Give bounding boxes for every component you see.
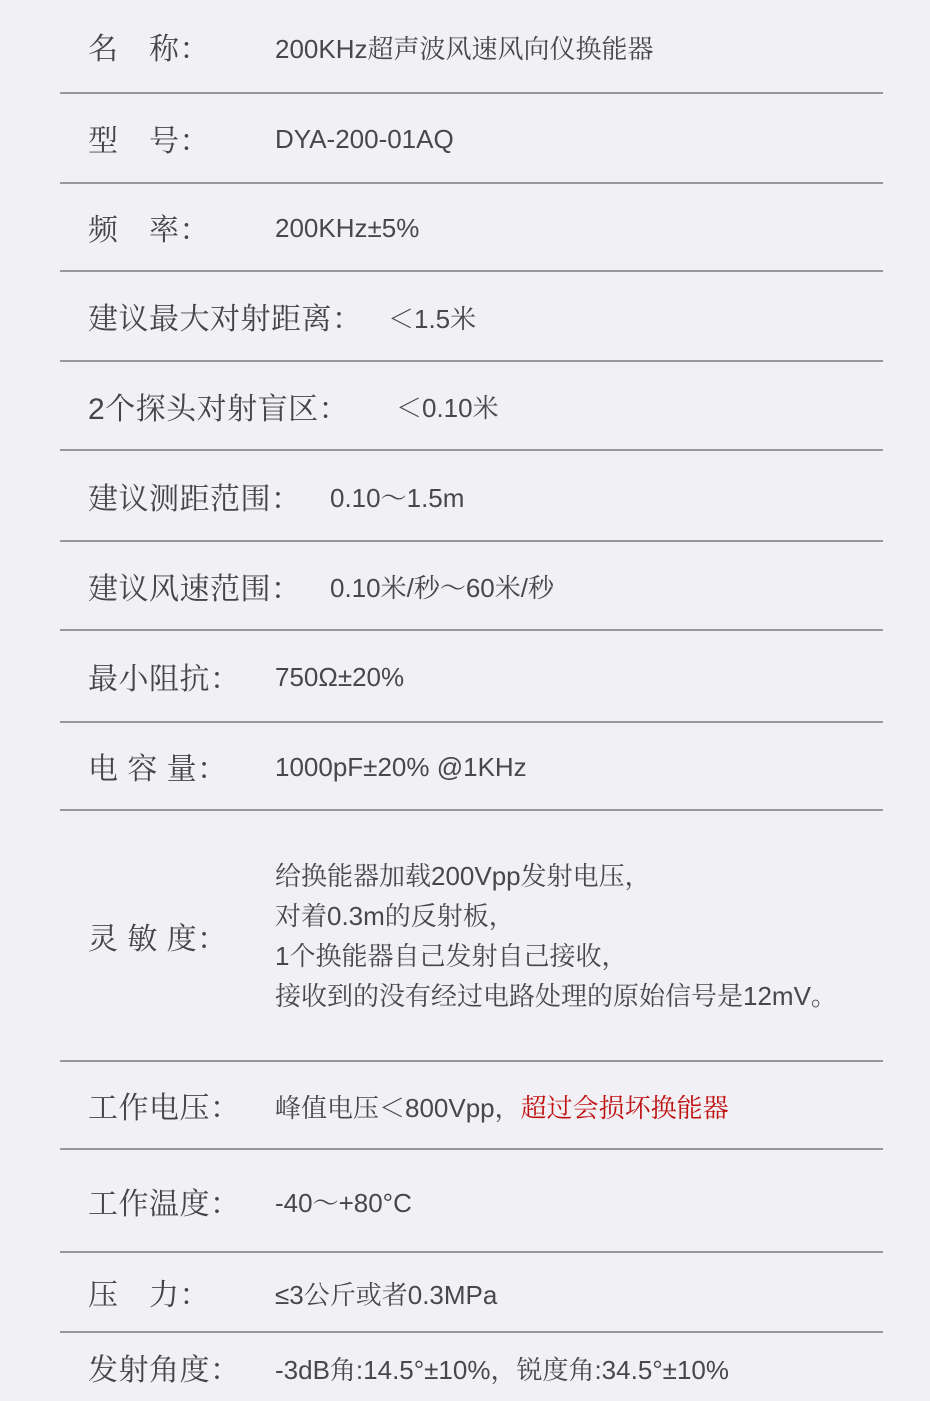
spec-table: 名 称：200KHz超声波风速风向仪换能器型 号：DYA-200-01AQ频 率… xyxy=(60,0,883,1401)
spec-label: 灵 敏 度： xyxy=(88,914,275,958)
spec-value: 200KHz±5% xyxy=(275,211,419,244)
spec-row: 灵 敏 度：给换能器加载200Vpp发射电压，对着0.3m的反射板，1个换能器自… xyxy=(60,811,883,1062)
spec-row: 建议最大对射距离：＜1.5米 xyxy=(60,272,883,362)
spec-value: 200KHz超声波风速风向仪换能器 xyxy=(275,27,654,66)
spec-value: -3dB角:14.5°±10%，锐度角:34.5°±10% xyxy=(275,1348,729,1387)
spec-label: 建议最大对射距离： xyxy=(88,294,388,338)
spec-value-text: 0.10～1.5m xyxy=(330,483,464,513)
spec-value: -40～+80°C xyxy=(275,1181,412,1220)
spec-value-text: ≤3公斤或者0.3MPa xyxy=(275,1280,497,1310)
spec-label: 工作温度： xyxy=(88,1179,275,1223)
spec-value-line: 给换能器加载200Vpp发射电压， xyxy=(275,856,837,896)
spec-value-multiline: 给换能器加载200Vpp发射电压，对着0.3m的反射板，1个换能器自己发射自己接… xyxy=(275,856,837,1016)
spec-row: 名 称：200KHz超声波风速风向仪换能器 xyxy=(60,0,883,94)
spec-value-text: 1000pF±20% @1KHz xyxy=(275,752,527,782)
spec-value-warning-text: 超过会损坏换能器 xyxy=(521,1093,729,1123)
spec-row: 2个探头对射盲区：＜0.10米 xyxy=(60,362,883,451)
spec-label: 最小阻抗： xyxy=(88,654,275,698)
spec-value-text: 200KHz±5% xyxy=(275,213,419,243)
spec-row: 频 率：200KHz±5% xyxy=(60,184,883,272)
spec-row: 发射角度：-3dB角:14.5°±10%，锐度角:34.5°±10% xyxy=(60,1333,883,1401)
spec-value-text: 200KHz超声波风速风向仪换能器 xyxy=(275,34,654,64)
spec-row: 建议风速范围：0.10米/秒～60米/秒 xyxy=(60,542,883,631)
spec-row: 型 号：DYA-200-01AQ xyxy=(60,94,883,184)
spec-value: 0.10米/秒～60米/秒 xyxy=(330,566,554,605)
spec-value: 750Ω±20% xyxy=(275,660,404,693)
spec-row: 压 力：≤3公斤或者0.3MPa xyxy=(60,1253,883,1333)
spec-value-text: 750Ω±20% xyxy=(275,662,404,692)
spec-value-text: ＜0.10米 xyxy=(396,393,499,423)
spec-label: 建议风速范围： xyxy=(88,564,330,608)
spec-value: 峰值电压＜800Vpp，超过会损坏换能器 xyxy=(275,1086,729,1125)
spec-value-line: 1个换能器自己发射自己接收， xyxy=(275,936,837,976)
spec-label: 2个探头对射盲区： xyxy=(88,384,396,428)
spec-value: 0.10～1.5m xyxy=(330,476,464,515)
spec-value-line: 对着0.3m的反射板， xyxy=(275,896,837,936)
spec-label: 压 力： xyxy=(88,1270,275,1314)
spec-value: 1000pF±20% @1KHz xyxy=(275,750,527,783)
spec-value-text: 0.10米/秒～60米/秒 xyxy=(330,573,554,603)
spec-value: ＜0.10米 xyxy=(396,386,499,425)
spec-value: ≤3公斤或者0.3MPa xyxy=(275,1273,497,1312)
spec-row: 最小阻抗：750Ω±20% xyxy=(60,631,883,723)
spec-value-line: 接收到的没有经过电路处理的原始信号是12mV。 xyxy=(275,976,837,1016)
spec-value-text: ＜1.5米 xyxy=(388,304,476,334)
spec-label: 工作电压： xyxy=(88,1083,275,1127)
spec-value-text: DYA-200-01AQ xyxy=(275,124,454,154)
spec-label: 频 率： xyxy=(88,205,275,249)
spec-label: 发射角度： xyxy=(88,1345,275,1389)
spec-label: 电 容 量： xyxy=(88,744,275,788)
spec-value: ＜1.5米 xyxy=(388,297,476,336)
spec-label: 型 号： xyxy=(88,116,275,160)
spec-value-text: 峰值电压＜800Vpp， xyxy=(275,1093,521,1123)
spec-value-text: -40～+80°C xyxy=(275,1188,412,1218)
spec-row: 电 容 量：1000pF±20% @1KHz xyxy=(60,723,883,811)
spec-row: 工作温度：-40～+80°C xyxy=(60,1150,883,1253)
spec-row: 工作电压：峰值电压＜800Vpp，超过会损坏换能器 xyxy=(60,1062,883,1150)
spec-value-text: -3dB角:14.5°±10%，锐度角:34.5°±10% xyxy=(275,1355,729,1385)
spec-label: 建议测距范围： xyxy=(88,474,330,518)
spec-value: DYA-200-01AQ xyxy=(275,122,454,155)
spec-label: 名 称： xyxy=(88,24,275,68)
spec-row: 建议测距范围：0.10～1.5m xyxy=(60,451,883,542)
